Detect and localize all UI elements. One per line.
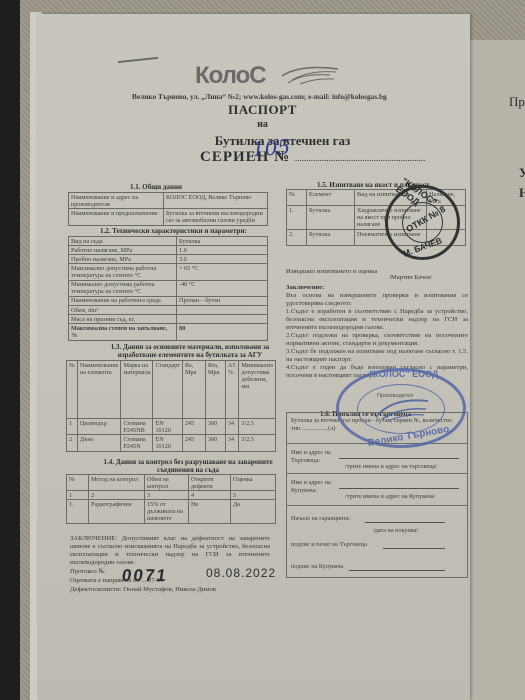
buyer-input[interactable]	[339, 488, 459, 489]
cell: Дъно	[77, 435, 121, 451]
cell-label: Работно налягане, MPa	[69, 246, 177, 255]
cell: Да	[231, 500, 276, 523]
cell: 1.	[287, 206, 307, 230]
cell-value: 80	[177, 324, 268, 340]
header-cell: №	[67, 361, 78, 419]
protocol-label: Протокол №	[70, 568, 105, 576]
document-title: ПАСПОРТ	[0, 102, 525, 118]
ndt-control-table: № Метод на контрол Обем на контрол Откри…	[66, 474, 276, 524]
cell: Радиографичен	[89, 500, 145, 523]
trader-signature-line[interactable]	[383, 548, 445, 549]
cell: 360	[205, 419, 225, 435]
serial-dots: ........................................…	[295, 153, 426, 163]
stamp-blue-middle-text: Производител	[377, 393, 413, 399]
cell-label: Маса на празния съд, кг.	[69, 315, 177, 324]
buyer-label: Име и адрес на Купувача:	[291, 479, 339, 495]
cell: 1.	[67, 500, 89, 523]
manufacturer-stamp: "КОЛОС" ЕООД Производител Велико Търново	[336, 368, 466, 448]
buyer-signature-line[interactable]	[349, 570, 445, 571]
table-row: 1.Радиографичен15% от дължината на шевов…	[67, 500, 276, 523]
tester-signature-name: /Мартин Бачев/	[389, 274, 432, 282]
cell-label: Вид на съда	[69, 237, 177, 246]
table-index-row: 12345	[67, 491, 276, 500]
cell: 2	[89, 491, 145, 500]
quality-control-stamp: "КОЛОС" ЕООД ОТКК № 8 М. БАЧЕВ	[385, 185, 460, 260]
serial-handwritten: 105	[251, 135, 291, 162]
warranty-hint: /дата на покупка/	[373, 527, 418, 534]
header-cell: Re, Mpa	[182, 361, 205, 419]
section-1-2-title: 1.2. Технически характеристики и парамет…	[100, 227, 247, 235]
header-cell: №	[67, 475, 89, 491]
cell: 1	[67, 419, 78, 435]
cell: 1	[67, 491, 89, 500]
conclusion-right-title: Заключение:	[286, 284, 324, 292]
cell-value: -40 °C	[177, 280, 268, 296]
trader-signature-label: подпис и печат на Търговеца	[291, 541, 367, 548]
cell: 15% от дължината на шевовете	[145, 500, 189, 523]
header-cell: №	[287, 190, 307, 206]
header-cell: Наименование на елемента	[77, 361, 121, 419]
assessment-label: Оценката е направена по ....07-01	[70, 577, 163, 585]
conclusion-right-intro: Въз основа на извършените проверки и изп…	[286, 292, 468, 308]
cell: 5	[231, 491, 276, 500]
cell: Стомана P245NB	[121, 419, 153, 435]
cell-label: Пробно налягане, MPa	[69, 255, 177, 264]
cell: 360	[205, 435, 225, 451]
cell: 34	[225, 435, 239, 451]
underlying-text-3: НА	[519, 185, 525, 201]
header-cell: Елемент	[307, 190, 355, 206]
header-cell: Минимално допустима дебелина, мм	[239, 361, 276, 419]
table-header-row: № Наименование на елемента Марка на мате…	[67, 361, 276, 419]
cell-value: 3.0	[177, 255, 268, 264]
cell: Не	[189, 500, 231, 523]
table-row: Маса на празния съд, кг.	[69, 315, 268, 324]
cell: 3/2.5	[239, 419, 276, 435]
trader-label: Име и адрес на Търговеца:	[291, 449, 339, 465]
cell-value: Пропан – бутан	[177, 296, 268, 305]
cell-value: + 65 °C	[177, 264, 268, 280]
cell-label: Максимално допустима работна температура…	[69, 264, 177, 280]
conclusion-item-2: 2.Съдът подлежи на проверка, съответстви…	[286, 332, 468, 348]
cell: Цилиндър	[77, 419, 121, 435]
table-row: Работно налягане, MPa1.6	[69, 246, 268, 255]
cell: 4	[189, 491, 231, 500]
cell-label: Наименование и адрес на производителя	[69, 193, 164, 209]
table-header-row: № Метод на контрол Обем на контрол Откри…	[67, 475, 276, 491]
cell: EN 10120	[153, 435, 183, 451]
header-cell: Rm, Mpa	[205, 361, 225, 419]
table-row: Минимално допустима работна температура …	[69, 280, 268, 296]
cell: 2.	[287, 230, 307, 246]
cell-value: КОЛОС ЕООД, Велико Търново	[164, 193, 268, 209]
trader-input[interactable]	[339, 458, 459, 459]
cell-value	[177, 306, 268, 315]
company-address: Велико Търново, ул. „Лина“ №2; www.kolos…	[132, 92, 452, 101]
cell: 34	[225, 419, 239, 435]
company-logo: КолоС	[195, 62, 345, 92]
cell-label: Обем, dm³	[69, 306, 177, 315]
cell-label: Максимална степен на запълване, %	[69, 324, 177, 340]
section-1-4-title: 1.4. Данни за контрол без разрушаване на…	[98, 458, 278, 475]
buyer-hint: /трите имена и адрес на Купувача/	[345, 493, 435, 500]
table-row: Максимално допустима работна температура…	[69, 264, 268, 280]
cell-value: Бутилка за втечнени въглеводородни газ з…	[164, 209, 268, 225]
table-row: Наименование и адрес на производителя КО…	[69, 193, 268, 209]
logo-swoosh-icon	[280, 66, 340, 86]
header-cell: Метод на контрол	[89, 475, 145, 491]
table-row: Пробно налягане, MPa3.0	[69, 255, 268, 264]
conclusion-item-3: 3.Съдът бе подложен на изпитване под нал…	[286, 348, 468, 364]
materials-table: № Наименование на елемента Марка на мате…	[66, 360, 276, 452]
cell-value	[177, 315, 268, 324]
general-data-table: Наименование и адрес на производителя КО…	[68, 192, 268, 226]
table-row: Наименование и предназначение Бутилка за…	[69, 209, 268, 225]
cell: 3/2.5	[239, 435, 276, 451]
cell: 3	[145, 491, 189, 500]
tested-by-label: Извършил изпитването и оценка	[286, 268, 377, 276]
header-cell: Обем на контрол	[145, 475, 189, 491]
date-stamp: 08.08.2022	[206, 566, 276, 580]
section-1-3-title: 1.3. Данни за основните материали, изпол…	[100, 343, 280, 360]
cell-value: 1.6	[177, 246, 268, 255]
header-cell: Стандарт	[153, 361, 183, 419]
warranty-date-input[interactable]	[365, 522, 445, 523]
cell: 2	[67, 435, 78, 451]
cell: Бутилка	[307, 206, 355, 230]
warranty-label: Начало на гаранцията:	[291, 515, 350, 522]
header-cell: Открити дефекти	[189, 475, 231, 491]
cell: Стомана P245N	[121, 435, 153, 451]
table-row: 1ЦилиндърСтомана P245NBEN 10120245360343…	[67, 419, 276, 435]
cell-label: Минимално допустима работна температура …	[69, 280, 177, 296]
header-cell: Оценка	[231, 475, 276, 491]
technical-params-table: Вид на съдаБутилка Работно налягане, MPa…	[68, 236, 268, 341]
logo-text: КолоС	[195, 62, 266, 90]
conclusion-item-1: 1.Съдът е изработен в съответствие с Нар…	[286, 308, 468, 332]
table-row: Наименование на работната средаПропан – …	[69, 296, 268, 305]
table-row: 2ДъноСтомана P245NEN 10120245360343/2.5	[67, 435, 276, 451]
section-1-1-title: 1.1. Общи данни	[130, 183, 182, 191]
stamp-blue-top-text: "КОЛОС" ЕООД	[369, 369, 438, 379]
cell: 245	[182, 419, 205, 435]
cell: EN 10120	[153, 419, 183, 435]
stamp-logo-icon	[372, 395, 432, 423]
document-title-na: на	[0, 119, 525, 130]
header-cell: A5 %	[225, 361, 239, 419]
cell-label: Наименование и предназначение	[69, 209, 164, 225]
pencil-mark	[118, 57, 158, 63]
conclusion-left-text: ЗАКЛЮЧЕНИЕ: Допустимият клас на дефектно…	[70, 535, 270, 567]
cell-value: Бутилка	[177, 237, 268, 246]
table-row: Обем, dm³	[69, 306, 268, 315]
cell: Бутилка	[307, 230, 355, 246]
defectoscopists: Дефектоскописти: Гюнай Мустафов; Никола …	[70, 586, 216, 594]
buyer-signature-label: подпис на Купувача	[291, 563, 343, 570]
cell: 245	[182, 435, 205, 451]
trader-hint: /трите имена и адрес на търговеца/	[345, 463, 437, 470]
table-row: Вид на съдаБутилка	[69, 237, 268, 246]
header-cell: Марка на материала	[121, 361, 153, 419]
table-row: Максимална степен на запълване, %80	[69, 324, 268, 340]
underlying-text-2: УI	[519, 165, 525, 181]
cell-label: Наименование на работната среда	[69, 296, 177, 305]
